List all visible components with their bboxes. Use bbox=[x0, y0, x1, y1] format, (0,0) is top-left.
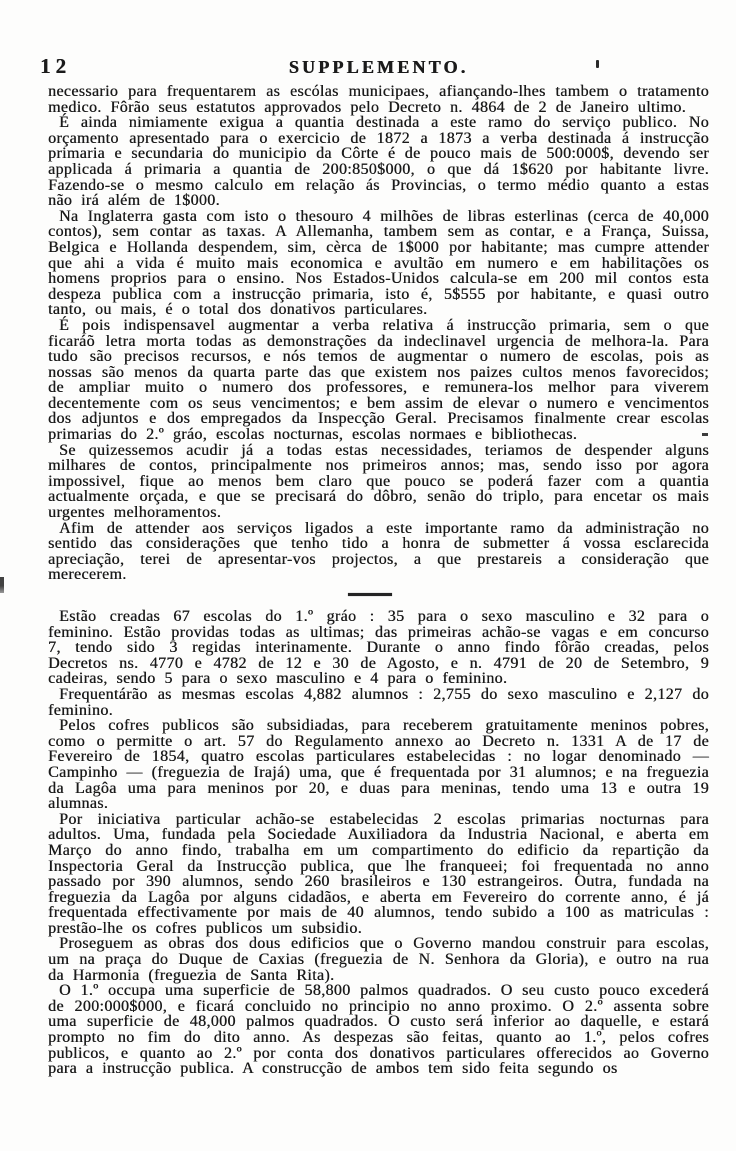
paragraph: O 1.º occupa uma superficie de 58,800 pa… bbox=[48, 983, 709, 1077]
paragraph: Estão creadas 67 escolas do 1.º gráo : 3… bbox=[48, 609, 709, 687]
paragraph: É pois indispensavel augmentar a verba r… bbox=[48, 318, 709, 443]
scan-speck-artifact bbox=[596, 60, 599, 68]
paragraph: Frequentárão as mesmas escolas 4,882 alu… bbox=[48, 687, 709, 718]
section-divider bbox=[348, 593, 392, 596]
paragraph: Afim de attender aos serviços ligados a … bbox=[48, 521, 709, 583]
page-title: SUPPLEMENTO. bbox=[48, 57, 709, 78]
paragraph: Na Inglaterra gasta com isto o thesouro … bbox=[48, 209, 709, 318]
paragraph: Pelos cofres publicos são subsidiadas, p… bbox=[48, 718, 709, 812]
body-text: necessario para frequentarem as escólas … bbox=[48, 84, 709, 1077]
paragraph: necessario para frequentarem as escólas … bbox=[48, 84, 709, 115]
paragraph: Proseguem as obras dos dous edificios qu… bbox=[48, 936, 709, 983]
scanned-document-page: 12 SUPPLEMENTO. necessario para frequent… bbox=[0, 0, 736, 1151]
paragraph: Por iniciativa particular achão-se estab… bbox=[48, 812, 709, 937]
running-header: 12 SUPPLEMENTO. bbox=[0, 52, 736, 80]
paragraph: É ainda nimiamente exigua a quantia dest… bbox=[48, 115, 709, 209]
scan-edge-mark-artifact bbox=[0, 577, 4, 593]
paragraph: Se quizessemos acudir já a todas estas n… bbox=[48, 443, 709, 521]
